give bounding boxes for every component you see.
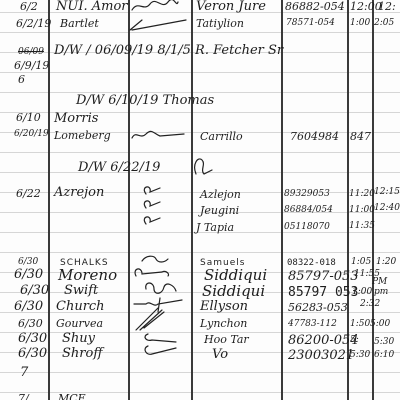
visiting-cell: Siddiqui (202, 284, 265, 299)
time-out-cell: 12:40 (374, 204, 400, 213)
date-cell: 7 (20, 366, 28, 379)
date-cell: 6/30 (18, 347, 47, 360)
signature-scribble-icon (130, 0, 180, 14)
id-cell: 85797 053 (288, 286, 358, 299)
id-cell: 47783-112 (288, 320, 337, 329)
id-cell: 56283-053 (288, 302, 348, 313)
id-cell: 78571-054 (286, 19, 335, 28)
id-cell: 08322-018 (287, 259, 336, 268)
signature-scribble-icon (130, 128, 186, 142)
name-cell: Azrejon (54, 186, 104, 199)
id-cell: 05118070 (284, 223, 330, 232)
id-cell: 86882-054 (285, 1, 345, 12)
visiting-cell: Lynchon (200, 318, 247, 329)
id-cell: 86200-054 (288, 334, 359, 347)
id-cell: 23003021 (288, 349, 354, 362)
signature-scribble-icon (190, 154, 214, 178)
name-cell: Gourvea (56, 318, 103, 329)
visiting-cell: Jeugini (200, 205, 239, 216)
name-cell: Moreno (58, 268, 117, 283)
time-in-cell: 1:05 (351, 258, 371, 267)
rule-line (0, 252, 400, 253)
date-cell: 6/9/19 (14, 60, 49, 71)
time-in-cell: 12:00 (350, 1, 382, 12)
time-out-cell: 2:05 (374, 19, 394, 28)
id-cell: 89329053 (284, 190, 330, 199)
time-out-cell: 5:00 (370, 320, 390, 329)
time-out-cell: PM (372, 278, 387, 287)
signature-scribble-icon (134, 304, 166, 332)
time-in-cell: 1:00 (350, 19, 370, 28)
name-cell: Shuy (62, 332, 95, 345)
rule-line (0, 32, 400, 33)
time-out-cell: 2:32 (360, 300, 380, 309)
signature-scribble-icon (128, 16, 188, 32)
rule-line (0, 72, 400, 73)
signature-scribble-icon (142, 344, 178, 358)
time-in-cell: 1:50 (350, 320, 370, 329)
time-in-cell: 11:00 (349, 206, 375, 215)
time-in-cell: 5:30 (350, 351, 370, 360)
time-in-cell: 11:35 (349, 222, 375, 231)
name-cell: Bartlet (60, 18, 99, 29)
signature-scribble-icon (142, 332, 178, 344)
date-extra: 6 (18, 74, 25, 85)
visiting-cell: Tatiylion (196, 18, 244, 29)
time-in-cell: 11:20 (349, 190, 375, 199)
date-cell: 6/20/19 (14, 130, 49, 139)
visiting-cell: Carrillo (200, 131, 243, 142)
log-sheet: 6/2 NUI. Amor Veron Jure 86882-054 12:00… (0, 0, 400, 400)
rule-line (0, 152, 400, 153)
date-cell: 6/10 (16, 112, 41, 123)
date-cell: 7/ (18, 393, 29, 400)
dw-note: D/W 6/22/19 (78, 161, 160, 174)
time-in-cell: 847 (350, 131, 371, 142)
visiting-cell: J Tapia (196, 222, 234, 233)
visiting-cell: Azlejon (200, 189, 241, 200)
time-in-cell: 1:00 (352, 288, 372, 297)
signature-scribble-icon (132, 266, 172, 280)
time-out-cell: 12: (378, 1, 396, 12)
visiting-cell: Hoo Tar (204, 334, 249, 345)
visiting-cell: Ellyson (200, 300, 248, 313)
column-divider (191, 0, 193, 400)
signature-scribble-icon (140, 184, 166, 232)
id-cell: 86884/054 (284, 206, 333, 215)
name-cell: Lomeberg (54, 130, 111, 141)
time-out-cell: 1:20 (376, 258, 396, 267)
name-cell: MCE (58, 393, 86, 400)
date-cell: 6/22 (16, 188, 41, 199)
date-cell: 6/30 (18, 318, 43, 329)
id-cell: 7604984 (290, 131, 339, 142)
time-in-cell: 5: (350, 336, 359, 345)
date-cell: 6/30 (14, 300, 43, 313)
date-cell: 6/30 (18, 332, 47, 345)
name-cell: NUI. Amor (56, 0, 128, 13)
signature-scribble-icon (142, 281, 178, 297)
visiting-cell: Veron Jure (196, 0, 266, 13)
date-cell: 6/2 (20, 1, 38, 12)
dw-note: D/W / 06/09/19 8/1/5 R. Fetcher Sr (54, 44, 283, 57)
dw-note: D/W 6/10/19 Thomas (76, 94, 214, 107)
date-cell: 6/2/19 (16, 18, 51, 29)
date-cell: 6/30 (20, 284, 49, 297)
visiting-cell: Vo (212, 348, 228, 361)
date-cell: 6/30 (18, 258, 38, 267)
name-cell: Morris (54, 112, 98, 125)
name-cell: Shroff (62, 347, 103, 360)
rule-line (0, 372, 400, 373)
column-divider (281, 0, 283, 400)
time-out-cell: pm (374, 288, 388, 297)
id-cell: 85797-053 (288, 270, 359, 283)
date-cell-struck: 06/09 (18, 48, 44, 57)
name-cell: Church (56, 300, 105, 313)
name-cell: Swift (64, 284, 98, 297)
time-out-cell: 12:15 (374, 188, 400, 197)
signature-scribble-icon (140, 255, 170, 265)
visiting-cell: Siddiqui (204, 268, 267, 283)
column-divider (128, 0, 130, 400)
time-out-cell: 6:10 (374, 351, 394, 360)
date-cell: 6/30 (14, 268, 43, 281)
time-out-cell: 5:30 (374, 338, 394, 347)
